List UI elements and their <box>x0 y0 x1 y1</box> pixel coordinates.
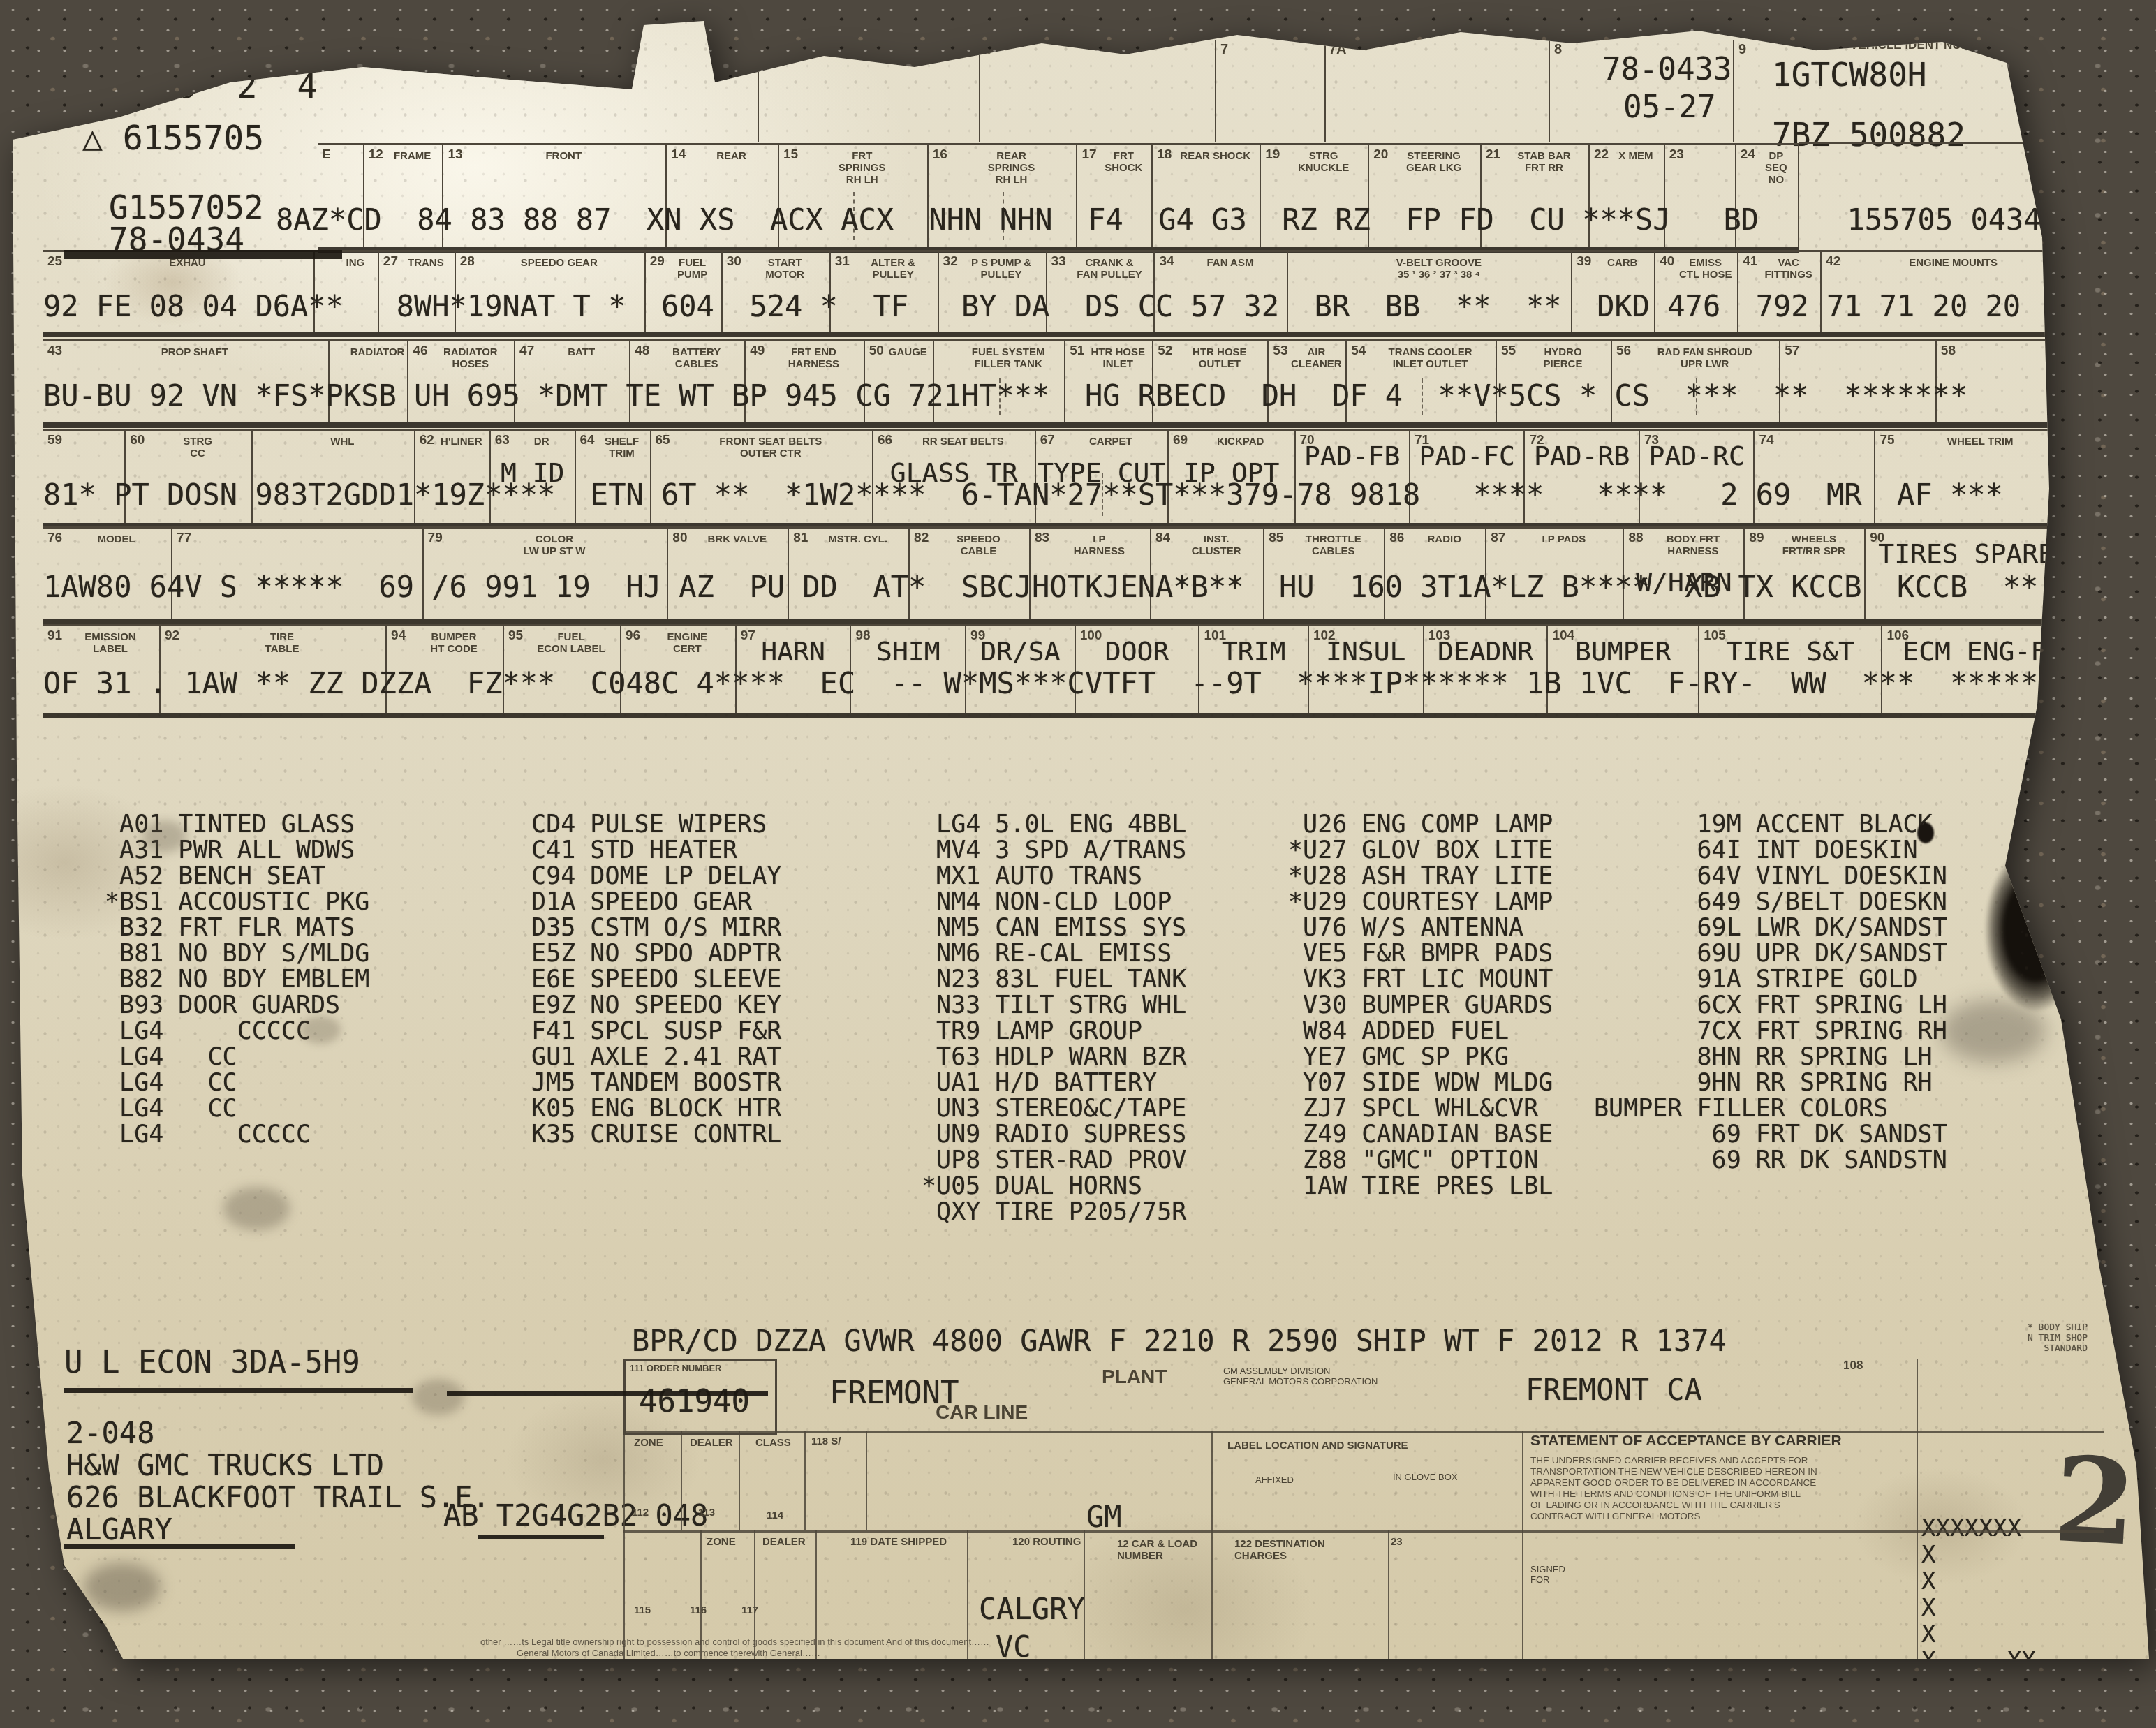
num-112: 112 <box>632 1507 649 1519</box>
typed-row-color: 1AW80 64V S ***** 69 /6 991 19 HJ AZ PU … <box>43 573 2038 602</box>
x-mark-row: X <box>1921 1568 2036 1595</box>
zone-header: ZONE <box>634 1437 663 1449</box>
cell-number: 103 <box>1428 628 1451 644</box>
option-item: UP8 STER-RAD PROV <box>922 1148 1186 1174</box>
option-item: Z49 CANADIAN BASE <box>1288 1122 1553 1148</box>
form-line <box>866 1431 867 1530</box>
cell-label: CARPET <box>1036 436 1167 448</box>
form-line <box>700 1530 702 1659</box>
box-number-7a: 7A <box>1329 42 1347 58</box>
underline-bar <box>478 1535 604 1539</box>
option-item: NM6 RE-CAL EMISS <box>922 941 1186 967</box>
destination-vc: VC <box>996 1630 1031 1659</box>
option-item: 19M ACCENT BLACK <box>1594 812 1947 838</box>
cell-number: 29 <box>650 254 665 269</box>
cell-label: TIRE TABLE <box>161 631 385 655</box>
gm-mark: GM <box>1086 1500 1122 1534</box>
carrier-statement-title: STATEMENT OF ACCEPTANCE BY CARRIER <box>1530 1433 1842 1449</box>
x-mark-row: XXXXXXX <box>1921 1515 2036 1542</box>
option-item: GU1 AXLE 2.41 RAT <box>517 1044 781 1070</box>
form-line <box>979 40 980 142</box>
underline-bar <box>64 1544 295 1549</box>
cell-number: 50 <box>869 344 884 359</box>
cell-number: 101 <box>1204 628 1226 644</box>
cell-number: 25 <box>47 254 62 269</box>
option-item: *U27 GLOV BOX LITE <box>1288 838 1553 864</box>
header-23: 23 <box>1391 1536 1403 1548</box>
option-list-column-5: 19M ACCENT BLACK 64I INT DOESKIN 64V VIN… <box>1594 734 1947 1174</box>
division-label: GM ASSEMBLY DIVISION GENERAL MOTORS CORP… <box>1223 1366 1378 1387</box>
option-list-column-2: CD4 PULSE WIPERS C41 STD HEATER C94 DOME… <box>517 734 781 1148</box>
option-item: B82 NO BDY EMBLEM <box>105 967 369 993</box>
typed-row-cooling: BU-BU 92 VN *FS*PKSB UH 695 *DMT TE WT B… <box>43 381 1967 411</box>
option-item: 8HN RR SPRING LH <box>1594 1044 1947 1070</box>
order-number-label: 111 ORDER NUMBER <box>630 1363 721 1373</box>
cell-number: 40 <box>1660 254 1674 269</box>
order-number-value: 461940 <box>639 1384 750 1419</box>
plant-label: PLANT <box>1102 1366 1167 1388</box>
option-item: E6E SPEEDO SLEEVE <box>517 967 781 993</box>
cell-label: FRT SPRINGS RH LH <box>779 150 927 186</box>
cell-number: 58 <box>1941 344 1956 359</box>
option-item: U26 ENG COMP LAMP <box>1288 812 1553 838</box>
cell-number: 71 <box>1415 433 1429 448</box>
cell-number: 104 <box>1552 628 1574 644</box>
option-item: *U05 DUAL HORNS <box>922 1174 1186 1199</box>
box8-date-2: 05-27 <box>1623 89 1715 125</box>
box-number-9: 9 <box>1738 42 1746 58</box>
box8-date-1: 78-0433 <box>1602 52 1732 87</box>
form-line <box>1799 142 2088 144</box>
typed-row-interior: 81* PT DOSN 983T2GDD1*19Z**** ETN 6T ** … <box>43 480 2003 510</box>
form-line <box>758 40 759 142</box>
option-item: LG4 CCCCC <box>105 1019 369 1044</box>
option-item: *U28 ASH TRAY LITE <box>1288 864 1553 889</box>
box-number-8: 8 <box>1554 42 1562 58</box>
option-item: N33 TILT STRG WHL <box>922 993 1186 1019</box>
option-item: 7CX FRT SPRING RH <box>1594 1019 1947 1044</box>
smudge-stain <box>223 1187 290 1230</box>
form-line <box>1549 40 1550 142</box>
cell-number: 76 <box>47 531 62 546</box>
cell-number: 84 <box>1155 531 1170 546</box>
form-line <box>1917 1359 1918 1659</box>
form-line <box>1084 1530 1085 1659</box>
option-item: W84 ADDED FUEL <box>1288 1019 1553 1044</box>
option-item: YE7 GMC SP PKG <box>1288 1044 1553 1070</box>
option-item: T63 HDLP WARN BZR <box>922 1044 1186 1070</box>
cell-number: 46 <box>413 344 427 359</box>
ship-standard-note: * BODY SHIP N TRIM SHOP STANDARD <box>1906 1322 2088 1354</box>
cell-number: 42 <box>1826 254 1840 269</box>
x-mark-row: X <box>1921 1595 2036 1621</box>
carrier-statement-body: THE UNDERSIGNED CARRIER RECEIVES AND ACC… <box>1530 1455 1907 1522</box>
cell-number: 69 <box>1173 433 1188 448</box>
cell-number: 48 <box>635 344 649 359</box>
num-116: 116 <box>690 1604 707 1616</box>
cell-number: E <box>322 147 331 163</box>
cell-label: WHEEL TRIM <box>1875 436 2067 448</box>
option-item: TR9 LAMP GROUP <box>922 1019 1186 1044</box>
cell-number: 106 <box>1886 628 1909 644</box>
cell-number: 98 <box>855 628 870 644</box>
cell-number: 53 <box>1273 344 1287 359</box>
underline-bar <box>64 250 342 259</box>
cell-number: 95 <box>508 628 523 644</box>
cell-number: 88 <box>1628 531 1643 546</box>
cell-label: WHL <box>253 436 414 448</box>
option-item: VK3 FRT LIC MOUNT <box>1288 967 1553 993</box>
form-line <box>1388 1530 1389 1659</box>
option-item: LG4 CCCCC <box>105 1122 369 1148</box>
option-item: 69 FRT DK SANDST <box>1594 1122 1947 1148</box>
cell-number: 28 <box>460 254 475 269</box>
cell-label: TRANS COOLER INLET OUTLET <box>1347 346 1496 370</box>
cell-number: 47 <box>519 344 534 359</box>
cell-number: 13 <box>448 147 462 163</box>
option-item: JM5 TANDEM BOOSTR <box>517 1070 781 1096</box>
option-item: *BS1 ACCOUSTIC PKG <box>105 889 369 915</box>
cell-label: V-BELT GROOVE 35 ¹ 36 ² 37 ³ 38 ⁴ <box>1288 257 1571 281</box>
x-mark-row: X XX <box>1921 1648 2036 1659</box>
cell-number: 22 <box>1594 147 1609 163</box>
cell-number: 80 <box>672 531 687 546</box>
cell-label: SPEEDO GEAR <box>456 257 644 269</box>
cell-number: 24 <box>1741 147 1755 163</box>
option-item: CD4 PULSE WIPERS <box>517 812 781 838</box>
dealer-name: H&W GMC TRUCKS LTD <box>66 1448 384 1482</box>
option-item: N23 83L FUEL TANK <box>922 967 1186 993</box>
job-number: W 9 2 4 <box>117 67 327 106</box>
destination-header: 122 DESTINATION CHARGES <box>1234 1538 1325 1562</box>
glove-box-label: IN GLOVE BOX <box>1393 1472 1457 1482</box>
date-shipped-header: 119 DATE SHIPPED <box>850 1536 947 1548</box>
cell-number: 72 <box>1529 433 1544 448</box>
cell-number: 100 <box>1080 628 1102 644</box>
form-line <box>967 1530 968 1659</box>
cell-number: 66 <box>878 433 892 448</box>
vin-value: 1GTCW80H <box>1772 56 1927 94</box>
option-item: UN3 STEREO&C/TAPE <box>922 1096 1186 1122</box>
box-number-108: 108 <box>1843 1359 1863 1373</box>
car-load-header: 12 CAR & LOAD NUMBER <box>1117 1538 1197 1562</box>
cell-label: COLOR LW UP ST W <box>424 533 667 557</box>
option-item: 69 RR DK SANDSTN <box>1594 1148 1947 1174</box>
cell-number: 43 <box>47 344 62 359</box>
box-number-6: 6 <box>984 42 992 58</box>
cell-label: RAD FAN SHROUD UPR LWR <box>1612 346 1779 370</box>
form-line <box>815 1530 817 1659</box>
num-117: 117 <box>741 1604 758 1616</box>
triangle-serial-number: △ 6155705 <box>82 119 264 158</box>
cell-number: 73 <box>1644 433 1659 448</box>
cell-typed-value: TIRE S&T <box>1699 637 1881 665</box>
cell-typed-value: TIRES SPARE <box>1866 540 2067 568</box>
routing-header: 120 ROUTING <box>1012 1536 1081 1548</box>
cell-number: 86 <box>1389 531 1404 546</box>
cell-number: 56 <box>1616 344 1631 359</box>
box-number-5: 5 <box>763 42 771 58</box>
cell-number: 14 <box>671 147 686 163</box>
cell-number: 34 <box>1159 254 1174 269</box>
option-item: A01 TINTED GLASS <box>105 812 369 838</box>
plant-location: FREMONT CA <box>1526 1373 1702 1407</box>
cell-label: MODEL <box>43 533 171 545</box>
form-line <box>681 1431 682 1530</box>
cell-number: 74 <box>1759 433 1773 448</box>
num-115: 115 <box>634 1604 651 1616</box>
cell-label: FUEL SYSTEM FILLER TANK <box>934 346 1064 370</box>
option-item: 649 S/BELT DOESKN <box>1594 889 1947 915</box>
econ-line: U L ECON 3DA-5H9 <box>64 1345 360 1380</box>
cell-number: 77 <box>177 531 191 546</box>
option-item: V30 BUMPER GUARDS <box>1288 993 1553 1019</box>
cell-number: 92 <box>165 628 179 644</box>
option-item: Y07 SIDE WDW MLDG <box>1288 1070 1553 1096</box>
zone-header-2: ZONE <box>707 1536 736 1548</box>
fine-print-line-2: General Motors of Canada Limited……to com… <box>517 1648 820 1658</box>
cell-number: 67 <box>1040 433 1055 448</box>
option-item: NM5 CAN EMISS SYS <box>922 915 1186 941</box>
smudge-stain <box>412 1379 464 1415</box>
form-line <box>1522 1431 1523 1659</box>
cell-number: 19 <box>1265 147 1280 163</box>
cell-number: 49 <box>750 344 765 359</box>
dealer-city: ALGARY <box>66 1512 172 1546</box>
x-marks-column: XXXXXXXXXXXX XXX XXXXXXXXX <box>1921 1435 2036 1659</box>
cell-number: 27 <box>383 254 398 269</box>
cell-number: 105 <box>1704 628 1726 644</box>
option-item: B32 FRT FLR MATS <box>105 915 369 941</box>
option-item: D35 CSTM O/S MIRR <box>517 915 781 941</box>
cell-number: 60 <box>130 433 145 448</box>
gvwr-line: BPR/CD DZZA GVWR 4800 GAWR F 2210 R 2590… <box>632 1324 1727 1358</box>
cell-number: 96 <box>626 628 640 644</box>
option-item: A31 PWR ALL WDWS <box>105 838 369 864</box>
x-mark-row: X <box>1921 1542 2036 1568</box>
option-item: C41 STD HEATER <box>517 838 781 864</box>
cell-number: 65 <box>656 433 670 448</box>
cell-number: 33 <box>1051 254 1066 269</box>
option-item: B93 DOOR GUARDS <box>105 993 369 1019</box>
option-item: UN9 RADIO SUPRESS <box>922 1122 1186 1148</box>
form-line <box>1733 40 1734 142</box>
dealer-header: DEALER <box>690 1437 733 1449</box>
cell-number: 63 <box>495 433 510 448</box>
build-sheet-photo: W 9 2 4 △ 6155705 G1557052 78-0434 5 6 7… <box>0 0 2156 1659</box>
cell-number: 94 <box>391 628 406 644</box>
cell-number: 54 <box>1351 344 1366 359</box>
option-item: 69L LWR DK/SANDST <box>1594 915 1947 941</box>
underline-bar <box>64 1388 413 1393</box>
cell-number: 12 <box>369 147 383 163</box>
cell-number: 64 <box>580 433 595 448</box>
cell-number: 82 <box>914 531 929 546</box>
header-118: 118 S/ <box>811 1435 841 1447</box>
cell-number: 57 <box>1785 344 1799 359</box>
car-line-label: CAR LINE <box>936 1406 1028 1418</box>
option-item: A52 BENCH SEAT <box>105 864 369 889</box>
option-item: LG4 CC <box>105 1070 369 1096</box>
box-number-7: 7 <box>1220 42 1228 58</box>
cell-number: 97 <box>741 628 755 644</box>
cell-number: 70 <box>1300 433 1315 448</box>
option-item: MX1 AUTO TRANS <box>922 864 1186 889</box>
form-line <box>623 1431 2104 1433</box>
cell-number: 55 <box>1501 344 1516 359</box>
num-114: 114 <box>767 1509 783 1521</box>
option-item: K05 ENG BLOCK HTR <box>517 1096 781 1122</box>
vin-label: VEHICLE IDENT NUMBER <box>1850 38 1996 52</box>
cell-label: ENGINE MOUNTS <box>1822 257 2067 269</box>
cell-number: 90 <box>1870 531 1884 546</box>
option-item: C94 DOME LP DELAY <box>517 864 781 889</box>
cell-label: FRONT SEAT BELTS OUTER CTR <box>651 436 872 459</box>
cell-number: 79 <box>428 531 443 546</box>
cell-number: 91 <box>47 628 62 644</box>
dealer-header-2: DEALER <box>762 1536 806 1548</box>
cell-number: 41 <box>1743 254 1757 269</box>
cell-label: I P PADS <box>1486 533 1623 545</box>
cell-label: RADIATOR <box>330 346 408 358</box>
form-line <box>623 1530 2104 1533</box>
form-line <box>1215 40 1216 142</box>
destination-calgary: CALGRY <box>979 1592 1085 1626</box>
form-line <box>623 1431 625 1659</box>
option-item: 1AW TIRE PRES LBL <box>1288 1174 1553 1199</box>
option-item: LG4 CC <box>105 1044 369 1070</box>
option-item: LG4 CC <box>105 1096 369 1122</box>
cell-number: 23 <box>1669 147 1684 163</box>
smudge-stain <box>1941 1000 2046 1063</box>
cell-number: 52 <box>1158 344 1172 359</box>
cell-number: 30 <box>727 254 741 269</box>
cell-label: RR SEAT BELTS <box>873 436 1035 448</box>
dealer-code: 2-048 <box>66 1416 154 1450</box>
cell-label: FAN ASM <box>1155 257 1287 269</box>
option-item: LG4 5.0L ENG 4BBL <box>922 812 1186 838</box>
option-item: B81 NO BDY S/MLDG <box>105 941 369 967</box>
cell-number: 20 <box>1373 147 1388 163</box>
option-item: K35 CRUISE CONTRL <box>517 1122 781 1148</box>
option-item: VE5 F&R BMPR PADS <box>1288 941 1553 967</box>
option-item: NM4 NON-CLD LOOP <box>922 889 1186 915</box>
form-line <box>1211 1431 1213 1659</box>
option-item: F41 SPCL SUSP F&R <box>517 1019 781 1044</box>
fine-print-line-1: other ……ts Legal title ownership right t… <box>480 1637 989 1647</box>
cell-typed-value: ECM ENG-F <box>1882 637 2067 665</box>
cell-number: 59 <box>47 433 62 448</box>
num-113: 113 <box>698 1507 715 1519</box>
cell-label: REAR SPRINGS RH LH <box>929 150 1077 186</box>
option-item: UA1 H/D BATTERY <box>922 1070 1186 1096</box>
option-list-column-4: U26 ENG COMP LAMP*U27 GLOV BOX LITE*U28 … <box>1288 734 1553 1199</box>
cell-number: 81 <box>793 531 808 546</box>
label-location-header: LABEL LOCATION AND SIGNATURE <box>1227 1440 1408 1452</box>
class-header: CLASS <box>755 1437 791 1449</box>
cell-number: 99 <box>970 628 985 644</box>
option-item: U76 W/S ANTENNA <box>1288 915 1553 941</box>
cell-number: 102 <box>1313 628 1336 644</box>
typed-row-chassis: 8AZ*CD 84 83 88 87 XN XS ACX ACX NHN NHN… <box>276 205 2041 235</box>
cell-number: 83 <box>1035 531 1049 546</box>
option-item: E5Z NO SPDO ADPTR <box>517 941 781 967</box>
option-list-column-3: LG4 5.0L ENG 4BBL MV4 3 SPD A/TRANS MX1 … <box>922 734 1186 1225</box>
option-item: 64I INT DOESKIN <box>1594 838 1947 864</box>
cell-number: 21 <box>1486 147 1500 163</box>
x-mark-row: X <box>1921 1621 2036 1648</box>
option-item: Z88 "GMC" OPTION <box>1288 1148 1553 1174</box>
cell-number: 85 <box>1269 531 1283 546</box>
typed-row-labels: OF 31 . 1AW ** ZZ DZZA FZ*** C048C 4****… <box>43 669 2038 698</box>
option-item: 6CX FRT SPRING LH <box>1594 993 1947 1019</box>
vin-value-2: 7BZ 500882 <box>1772 116 1965 154</box>
signed-for-label: SIGNED FOR <box>1530 1564 1565 1585</box>
cell-number: 17 <box>1081 147 1096 163</box>
paper-sheet: W 9 2 4 △ 6155705 G1557052 78-0434 5 6 7… <box>0 0 2156 1659</box>
option-list-column-1: A01 TINTED GLASS A31 PWR ALL WDWS A52 BE… <box>105 734 369 1148</box>
form-line <box>1324 40 1326 142</box>
option-item: ZJ7 SPCL WHL&CVR <box>1288 1096 1553 1122</box>
cell-number: 51 <box>1070 344 1084 359</box>
cell-number: 75 <box>1880 433 1894 448</box>
option-item: 69U UPR DK/SANDST <box>1594 941 1947 967</box>
option-item: BUMPER FILLER COLORS <box>1594 1096 1947 1122</box>
smudge-stain <box>84 1563 161 1611</box>
cell-number: 16 <box>933 147 947 163</box>
cell-label: FRONT <box>443 150 665 162</box>
option-item: 91A STRIPE GOLD <box>1594 967 1947 993</box>
cell-number: 31 <box>835 254 850 269</box>
form-line <box>804 1431 806 1530</box>
cell-number: 89 <box>1749 531 1764 546</box>
option-item: QXY TIRE P205/75R <box>922 1199 1186 1225</box>
cell-number: 87 <box>1491 531 1505 546</box>
handwritten-page-number: 2 <box>2051 1440 2139 1562</box>
dealer-address: 626 BLACKFOOT TRAIL S.E. <box>66 1480 490 1514</box>
affixed-label: AFFIXED <box>1255 1475 1294 1485</box>
form-line <box>739 1431 740 1530</box>
option-item: *U29 COURTESY LAMP <box>1288 889 1553 915</box>
ink-blot-stain <box>1984 846 2086 1012</box>
option-item: E9Z NO SPEEDO KEY <box>517 993 781 1019</box>
cell-number: 32 <box>943 254 958 269</box>
dealer-province-postal: AB T2G4G2B2 048 <box>443 1498 708 1533</box>
cell-number: 39 <box>1577 254 1591 269</box>
cell-number: 18 <box>1157 147 1172 163</box>
cell-number: 15 <box>783 147 798 163</box>
option-item: 9HN RR SPRING RH <box>1594 1070 1947 1096</box>
underline-bar <box>447 1391 768 1396</box>
cell-number: 62 <box>420 433 434 448</box>
option-item: MV4 3 SPD A/TRANS <box>922 838 1186 864</box>
option-item: D1A SPEEDO GEAR <box>517 889 781 915</box>
option-item: 64V VINYL DOESKIN <box>1594 864 1947 889</box>
typed-row-engine: 92 FE 08 04 D6A** 8WH*19NAT T * 604 524 … <box>43 292 2021 321</box>
form-line <box>754 1530 755 1659</box>
cell-label: PROP SHAFT <box>43 346 328 358</box>
